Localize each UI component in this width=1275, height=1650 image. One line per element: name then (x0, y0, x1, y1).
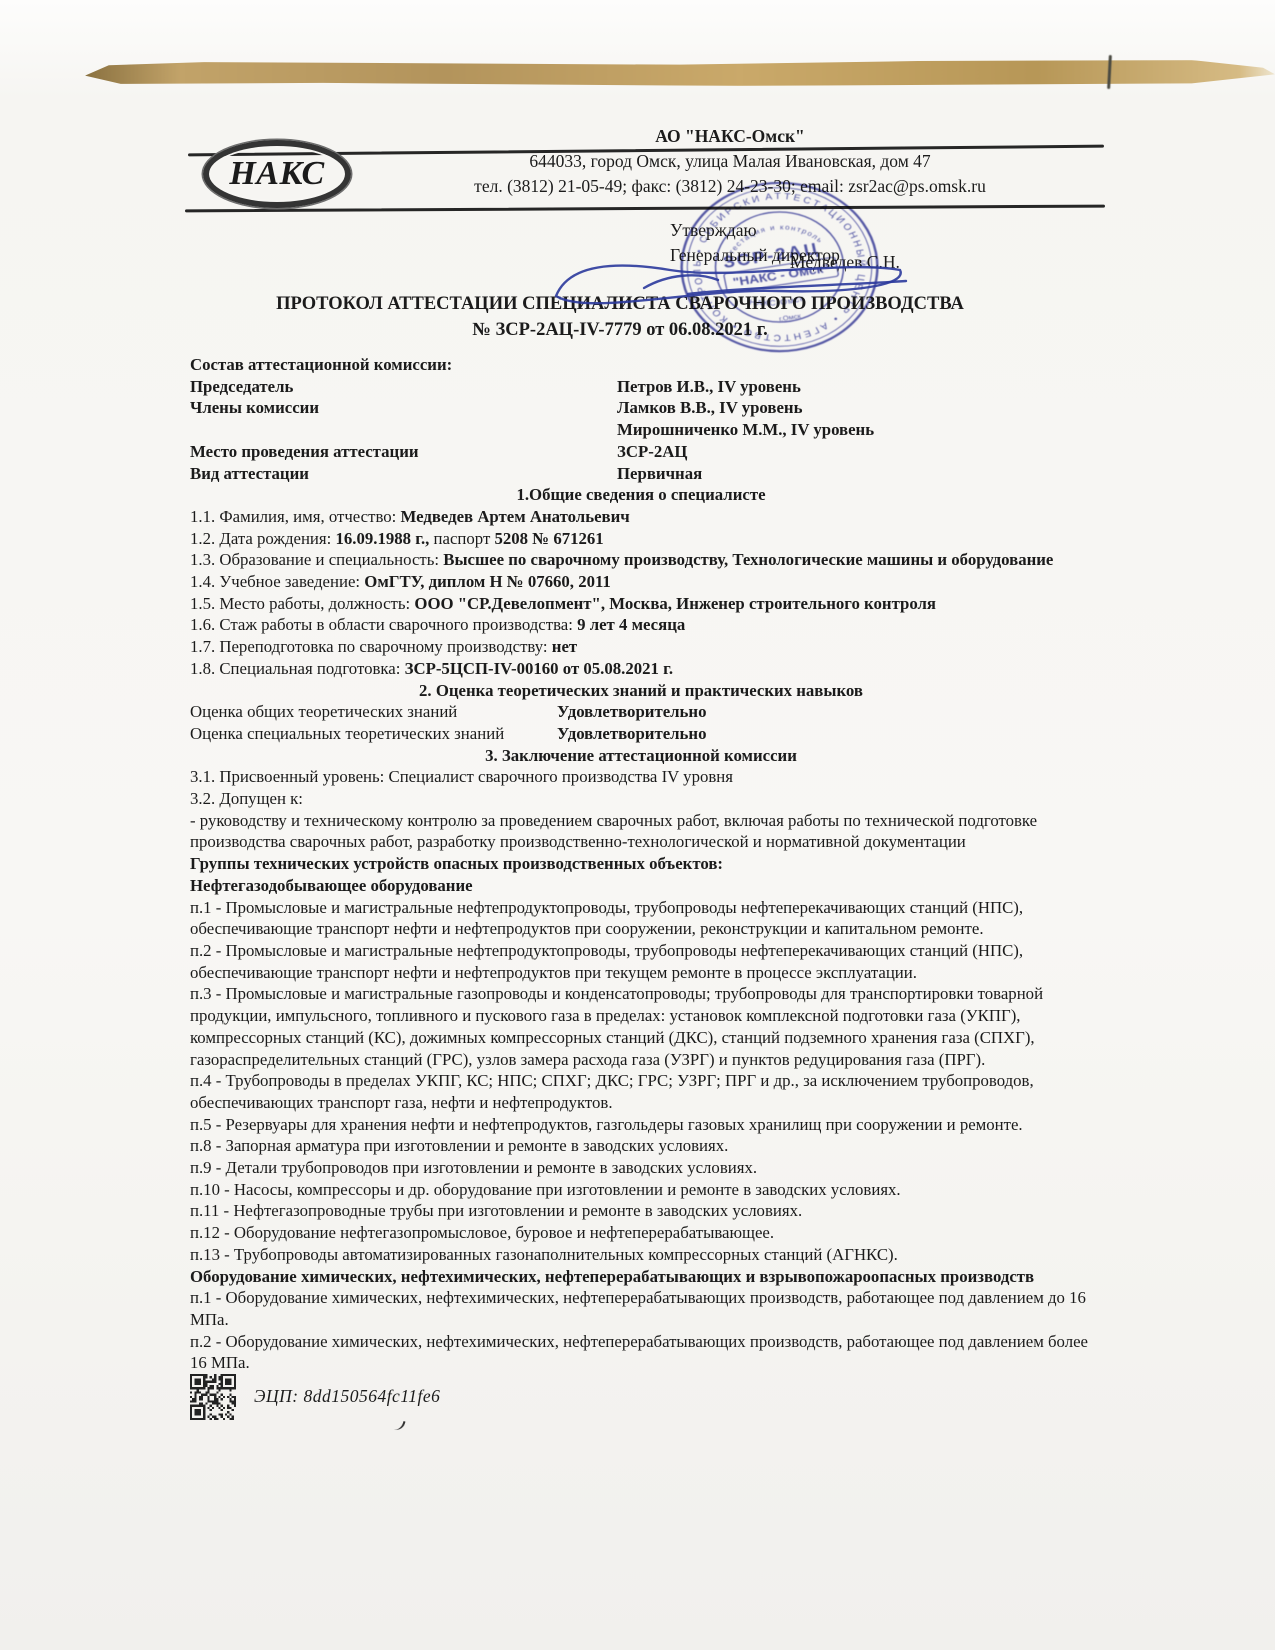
group1-heading: Нефтегазодобывающее оборудование (190, 875, 1092, 897)
group1-item: п.9 - Детали трубопроводов при изготовле… (190, 1157, 1092, 1179)
assigned-level-line: 3.1. Присвоенный уровень: Специалист сва… (190, 766, 1092, 788)
spec-info-line: 1.3. Образование и специальность: Высшее… (190, 549, 1092, 571)
group2-item: п.2 - Оборудование химических, нефтехими… (190, 1331, 1092, 1374)
section1-heading: 1.Общие сведения о специалисте (190, 484, 1092, 506)
qr-code (190, 1374, 236, 1420)
members-label: Члены комиссии (190, 397, 617, 419)
spec-info-line: 1.5. Место работы, должность: ООО "СР.Де… (190, 593, 1092, 615)
org-address: 644033, город Омск, улица Малая Ивановск… (410, 149, 1050, 174)
groups-heading: Группы технических устройств опасных про… (190, 853, 1092, 875)
org-name: АО "НАКС-Омск" (410, 124, 1050, 149)
commission-table: Председатель Петров И.В., IV уровень Чле… (190, 376, 1092, 441)
admission-paragraph: - руководству и техническому контролю за… (190, 810, 1092, 853)
spec-info-line: 1.2. Дата рождения: 16.09.1988 г., паспо… (190, 528, 1092, 550)
commission-heading: Состав аттестационной комиссии: (190, 354, 1092, 376)
chairman-value: Петров И.В., IV уровень (617, 376, 1092, 398)
score-label: Оценка общих теоретических знаний (190, 701, 557, 723)
scores-table: Оценка общих теоретических знаний Удовле… (190, 701, 1092, 744)
admitted-to-line: 3.2. Допущен к: (190, 788, 1092, 810)
section3-heading: 3. Заключение аттестационной комиссии (190, 745, 1092, 767)
naks-logo-text: НАКС (229, 155, 324, 193)
score-value: Удовлетворительно (557, 701, 1092, 723)
header-rule-bottom (185, 205, 1105, 212)
group1-item: п.8 - Запорная арматура при изготовлении… (190, 1135, 1092, 1157)
ecp-line: ЭЦП: 8dd150564fc11fe6 (254, 1386, 440, 1408)
score-value: Удовлетворительно (557, 723, 1092, 745)
group2-heading: Оборудование химических, нефтехимических… (190, 1266, 1092, 1288)
group1-item: п.1 - Промысловые и магистральные нефтеп… (190, 897, 1092, 940)
scan-edge-artifact (85, 60, 1275, 86)
member-1: Ламков В.В., IV уровень (617, 397, 1092, 419)
empty-cell (190, 419, 617, 441)
group1-item: п.10 - Насосы, компрессоры и др. оборудо… (190, 1179, 1092, 1201)
pen-speck (394, 1419, 406, 1432)
section2-heading: 2. Оценка теоретических знаний и практич… (190, 680, 1092, 702)
member-2: Мирошниченко М.М., IV уровень (617, 419, 1092, 441)
ecp-label: ЭЦП: (254, 1386, 299, 1406)
spec-info-line: 1.1. Фамилия, имя, отчество: Медведев Ар… (190, 506, 1092, 528)
group1-item: п.3 - Промысловые и магистральные газопр… (190, 983, 1092, 1070)
chairman-label: Председатель (190, 376, 617, 398)
group1-item: п.4 - Трубопроводы в пределах УКПГ, КС; … (190, 1070, 1092, 1113)
group1-item: п.5 - Резервуары для хранения нефти и не… (190, 1114, 1092, 1136)
place-value: ЗСР-2АЦ (617, 441, 1092, 463)
spec-info-line: 1.7. Переподготовка по сварочному произв… (190, 636, 1092, 658)
group2-item: п.1 - Оборудование химических, нефтехими… (190, 1287, 1092, 1330)
director-signature (548, 230, 918, 325)
group1-item: п.12 - Оборудование нефтегазопромысловое… (190, 1222, 1092, 1244)
document-body: Состав аттестационной комиссии: Председа… (190, 354, 1092, 1420)
attestation-meta-table: Место проведения аттестации ЗСР-2АЦ Вид … (190, 441, 1092, 484)
type-label: Вид аттестации (190, 463, 617, 485)
signature-footer: ЭЦП: 8dd150564fc11fe6 (190, 1374, 1092, 1420)
type-value: Первичная (617, 463, 1092, 485)
group1-item: п.13 - Трубопроводы автоматизированных г… (190, 1244, 1092, 1266)
group1-item: п.2 - Промысловые и магистральные нефтеп… (190, 940, 1092, 983)
document-page: НАКС АО "НАКС-Омск" 644033, город Омск, … (0, 0, 1275, 1650)
score-label: Оценка специальных теоретических знаний (190, 723, 557, 745)
place-label: Место проведения аттестации (190, 441, 617, 463)
spec-info-line: 1.6. Стаж работы в области сварочного пр… (190, 614, 1092, 636)
spec-info-line: 1.4. Учебное заведение: ОмГТУ, диплом Н … (190, 571, 1092, 593)
ecp-value: 8dd150564fc11fe6 (303, 1386, 440, 1406)
naks-logo: НАКС (203, 140, 351, 208)
spec-info-line: 1.8. Специальная подготовка: ЗСР-5ЦСП-IV… (190, 658, 1092, 680)
group1-item: п.11 - Нефтегазопроводные трубы при изго… (190, 1200, 1092, 1222)
